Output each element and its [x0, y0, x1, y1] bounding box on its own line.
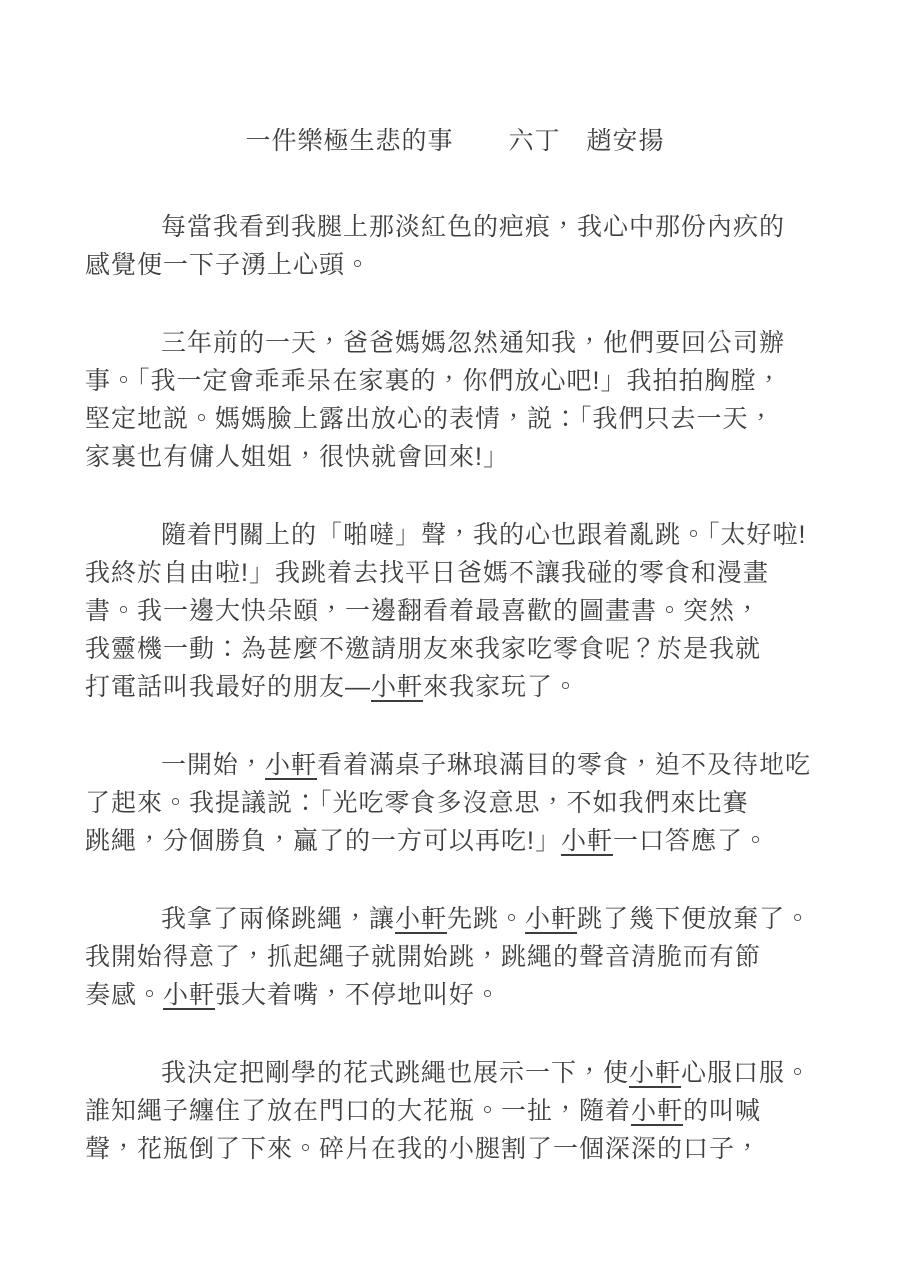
text-line: 感覺便一下子湧上心頭。 [85, 246, 825, 284]
text-line: 家裏也有傭人姐姐，很快就會回來!」 [85, 438, 825, 476]
underlined-name: 小軒 [561, 827, 613, 855]
text-line: 聲，花瓶倒了下來。碎片在我的小腿割了一個深深的口子， [85, 1130, 825, 1168]
underlined-name: 小軒 [371, 673, 423, 701]
underlined-name: 小軒 [163, 981, 215, 1009]
underlined-name: 小軒 [629, 1059, 681, 1087]
paragraph: 三年前的一天，爸爸媽媽忽然通知我，他們要回公司辦事。「我一定會乖乖呆在家裏的，你… [85, 324, 825, 476]
underlined-name: 小軒 [631, 1097, 683, 1125]
text-line: 我開始得意了，抓起繩子就開始跳，跳繩的聲音清脆而有節 [85, 938, 825, 976]
class-name: 六丁 [508, 127, 560, 155]
essay-body: 每當我看到我腿上那淡紅色的疤痕，我心中那份內疚的感覺便一下子湧上心頭。三年前的一… [85, 208, 825, 1168]
paragraph: 我決定把剛學的花式跳繩也展示一下，使小軒心服口服。誰知繩子纏住了放在門口的大花瓶… [85, 1054, 825, 1168]
underlined-name: 小軒 [265, 751, 317, 779]
author-name: 趙安揚 [587, 127, 665, 155]
text-line: 打電話叫我最好的朋友—小軒來我家玩了。 [85, 668, 825, 706]
underlined-name: 小軒 [525, 905, 577, 933]
text-line: 三年前的一天，爸爸媽媽忽然通知我，他們要回公司辦 [85, 324, 825, 362]
text-line: 事。「我一定會乖乖呆在家裏的，你們放心吧!」我拍拍胸膛， [85, 362, 825, 400]
text-line: 我靈機一動：為甚麼不邀請朋友來我家吃零食呢？於是我就 [85, 630, 825, 668]
document-page: 一件樂極生悲的事六丁趙安揚 每當我看到我腿上那淡紅色的疤痕，我心中那份內疚的感覺… [0, 0, 905, 1280]
text-line: 每當我看到我腿上那淡紅色的疤痕，我心中那份內疚的 [85, 208, 825, 246]
text-line: 隨着門關上的「啪噠」聲，我的心也跟着亂跳。「太好啦! [85, 516, 825, 554]
text-line: 書。我一邊大快朵頤，一邊翻看着最喜歡的圖畫書。突然， [85, 592, 825, 630]
text-line: 我終於自由啦!」我跳着去找平日爸媽不讓我碰的零食和漫畫 [85, 554, 825, 592]
text-line: 誰知繩子纏住了放在門口的大花瓶。一扯，隨着小軒的叫喊 [85, 1092, 825, 1130]
paragraph: 隨着門關上的「啪噠」聲，我的心也跟着亂跳。「太好啦!我終於自由啦!」我跳着去找平… [85, 516, 825, 706]
text-line: 我拿了兩條跳繩，讓小軒先跳。小軒跳了幾下便放棄了。 [85, 900, 825, 938]
text-line: 一開始，小軒看着滿桌子琳琅滿目的零食，迫不及待地吃 [85, 746, 825, 784]
essay-title-line: 一件樂極生悲的事六丁趙安揚 [85, 122, 825, 160]
text-line: 我決定把剛學的花式跳繩也展示一下，使小軒心服口服。 [85, 1054, 825, 1092]
essay-document: 一件樂極生悲的事六丁趙安揚 每當我看到我腿上那淡紅色的疤痕，我心中那份內疚的感覺… [85, 122, 825, 1208]
text-line: 奏感。小軒張大着嘴，不停地叫好。 [85, 976, 825, 1014]
underlined-name: 小軒 [395, 905, 447, 933]
text-line: 了起來。我提議説：「光吃零食多沒意思，不如我們來比賽 [85, 784, 825, 822]
paragraph: 我拿了兩條跳繩，讓小軒先跳。小軒跳了幾下便放棄了。我開始得意了，抓起繩子就開始跳… [85, 900, 825, 1014]
essay-title: 一件樂極生悲的事 [245, 127, 453, 155]
paragraph: 一開始，小軒看着滿桌子琳琅滿目的零食，迫不及待地吃了起來。我提議説：「光吃零食多… [85, 746, 825, 860]
paragraph: 每當我看到我腿上那淡紅色的疤痕，我心中那份內疚的感覺便一下子湧上心頭。 [85, 208, 825, 284]
text-line: 堅定地説。媽媽臉上露出放心的表情，説：「我們只去一天， [85, 400, 825, 438]
text-line: 跳繩，分個勝負，贏了的一方可以再吃!」小軒一口答應了。 [85, 822, 825, 860]
